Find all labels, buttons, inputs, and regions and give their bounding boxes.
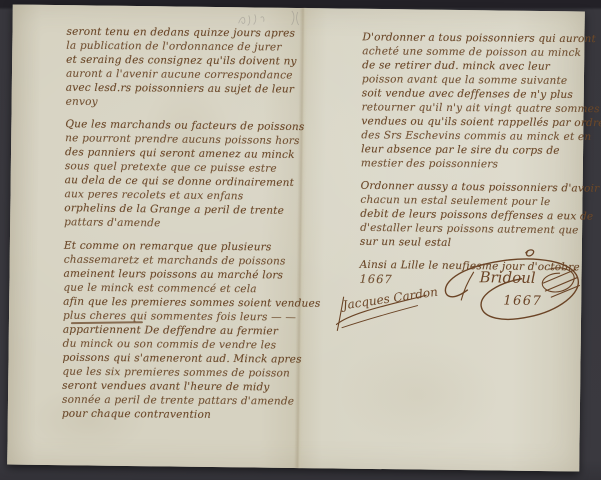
paper-stain <box>337 339 498 451</box>
manuscript-line: envoy <box>66 95 312 111</box>
paragraph-marchands: Que les marchands ou facteurs de poisson… <box>64 117 311 232</box>
manuscript-line: d'estaller leurs poissons autrement que <box>360 221 586 238</box>
left-page: seront tenu en dedans quinze jours apres… <box>62 24 313 432</box>
manuscript-line: ne pourront prendre aucuns poissons hors <box>65 131 311 148</box>
svg-text:Jacques Cardon: Jacques Cardon <box>339 285 439 313</box>
scanned-document: seront tenu en dedans quinze jours apres… <box>0 0 601 480</box>
manuscript-line: pour chaque contravention <box>62 407 308 423</box>
signature-jacques-cardon: Jacques Cardon <box>328 269 445 340</box>
pencil-mark <box>287 8 303 28</box>
svg-text:Bridoul: Bridoul <box>478 268 535 287</box>
manuscript-line: pattars d'amende <box>64 215 310 232</box>
svg-text:1667: 1667 <box>503 294 542 309</box>
paragraph-chassemaretz: Et comme on remarque que plusieurschasse… <box>62 238 310 423</box>
manuscript-line: aux peres recolets et aux enfans <box>64 187 310 204</box>
manuscript-spread: seront tenu en dedans quinze jours apres… <box>7 5 585 472</box>
signature-bridoul: Bridoul 1667 <box>437 238 596 344</box>
manuscript-line: chacun un estal seulement pour le <box>360 193 586 210</box>
manuscript-line: mestier des poissonniers <box>361 156 587 172</box>
paragraph-ordonner: D'ordonner a tous poissonniers qui auron… <box>361 30 589 173</box>
manuscript-line: sous quel pretexte que ce puisse estre <box>65 159 311 176</box>
paragraph-envoy: seront tenu en dedans quinze jours apres… <box>66 24 313 111</box>
